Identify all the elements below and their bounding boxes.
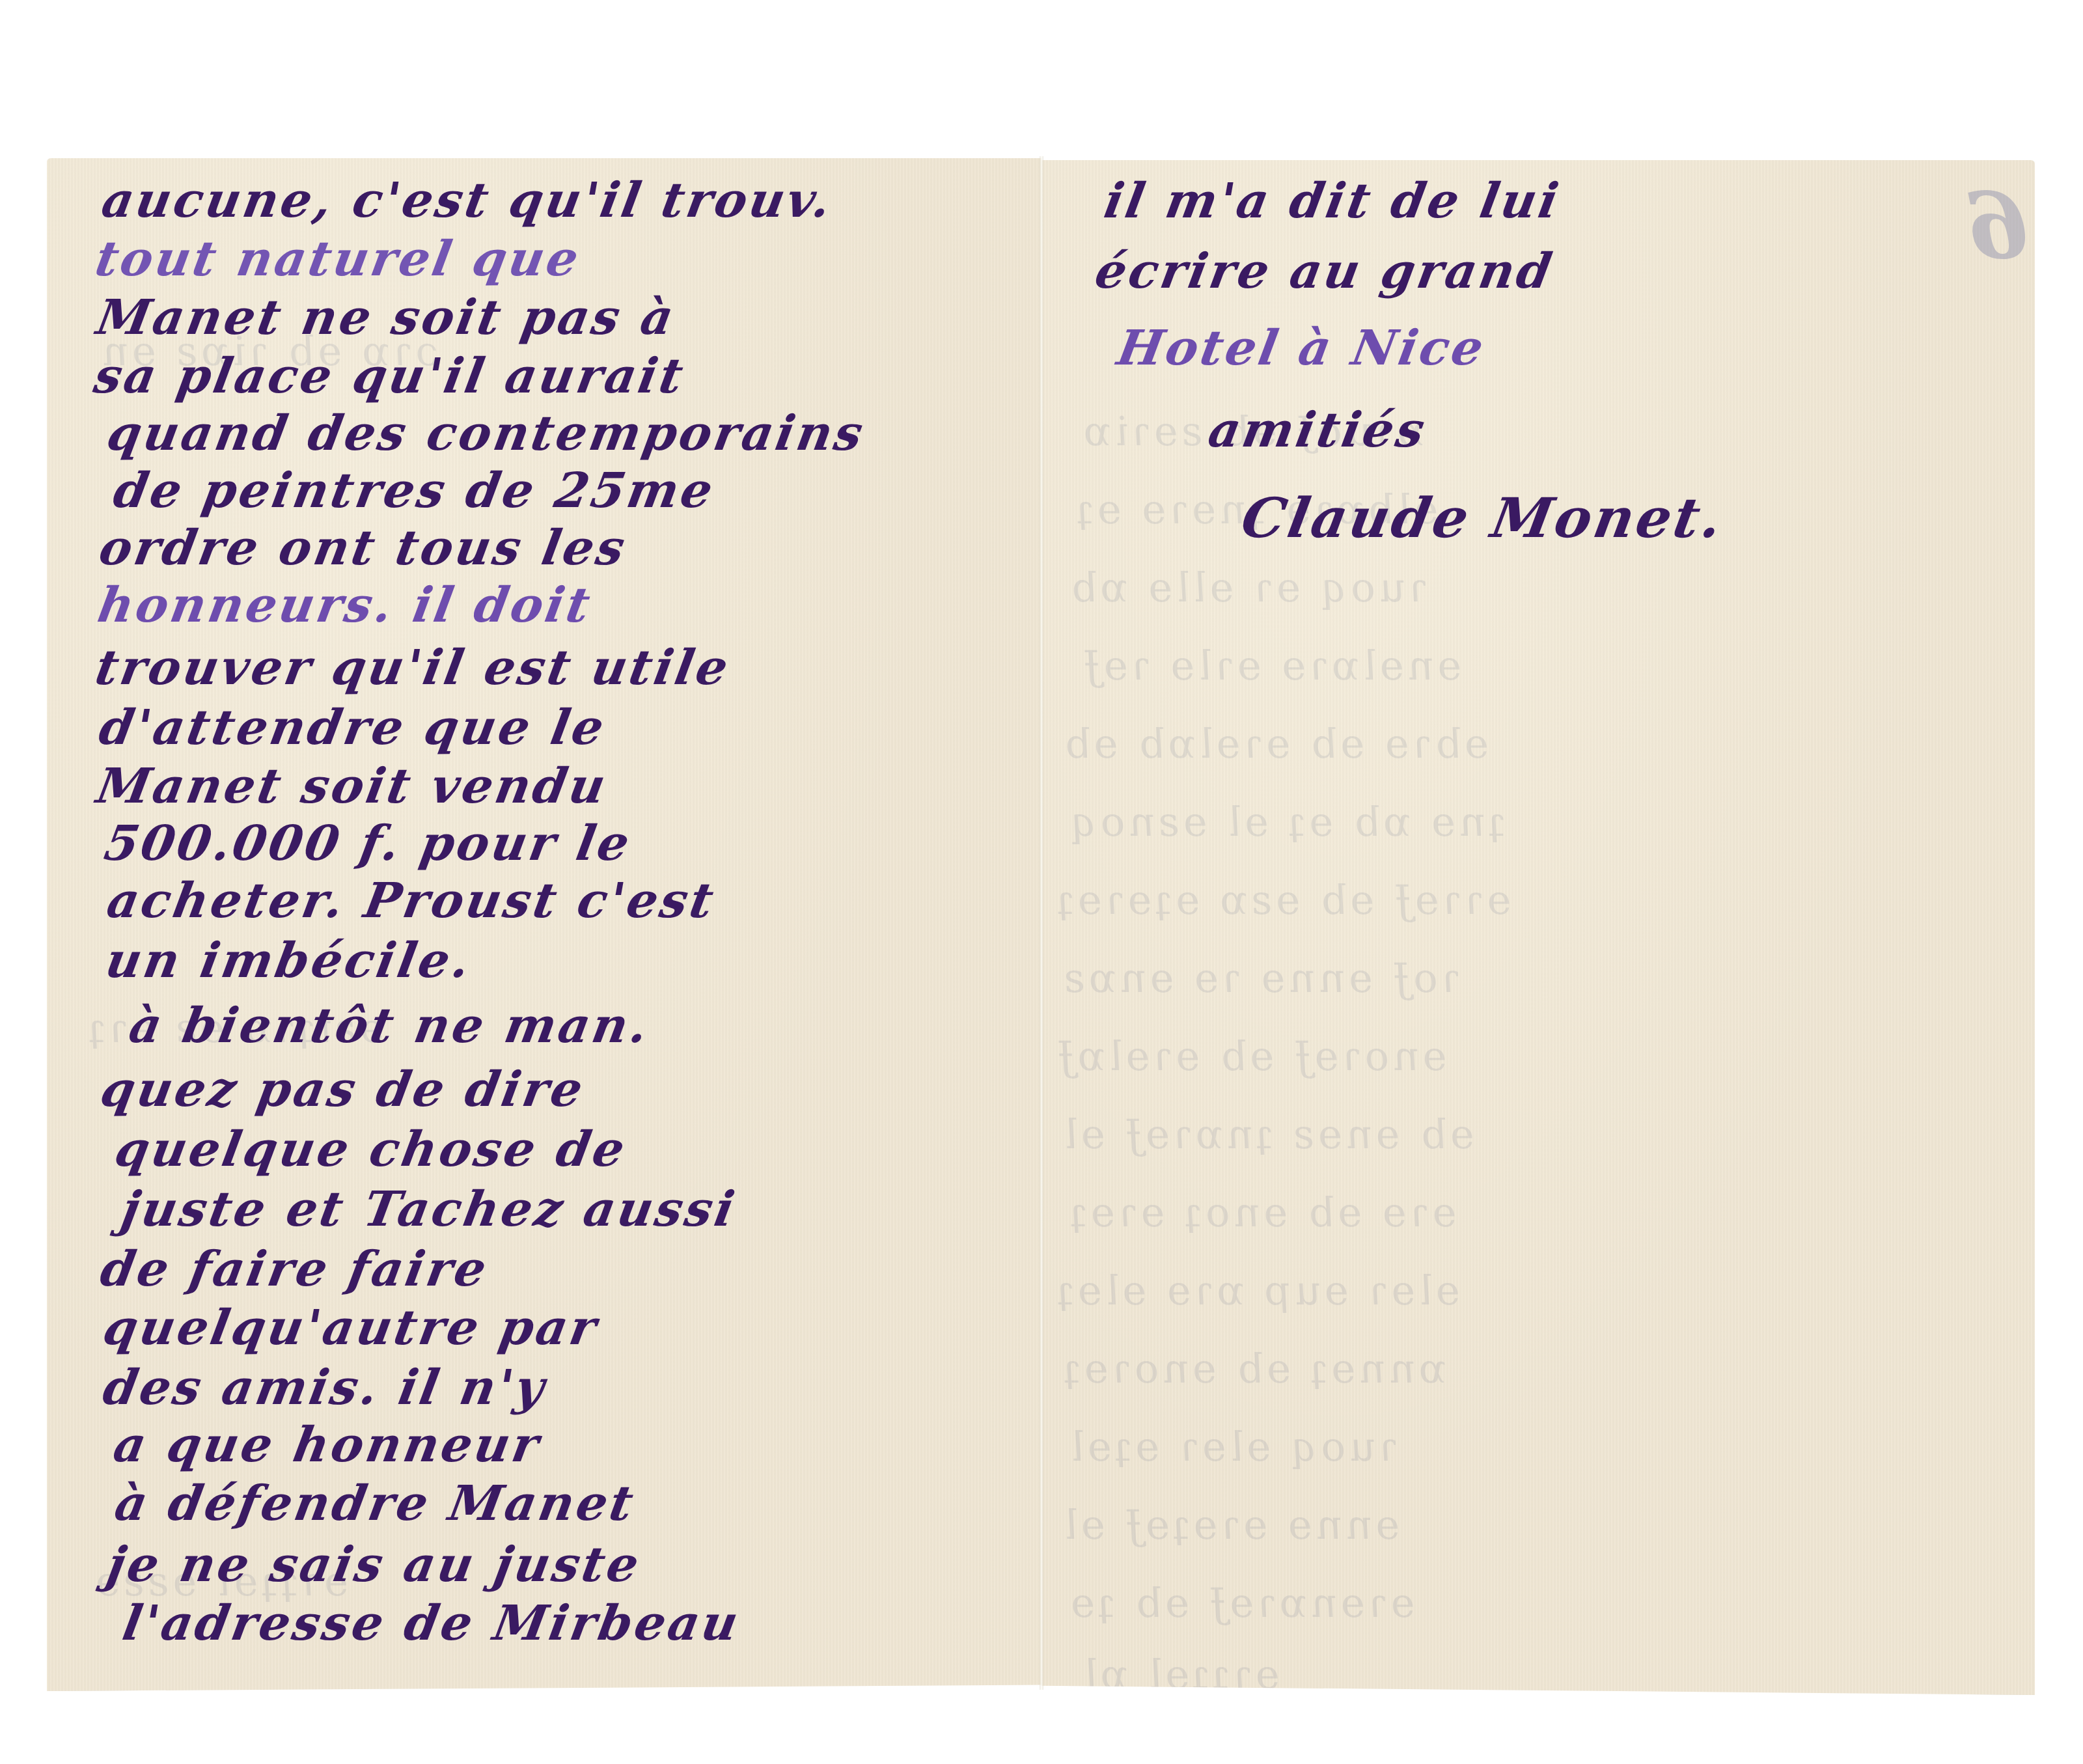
bleed-through-text: ɿuoq ɘɿ ɘllɘ ɒb: [1064, 564, 1431, 611]
right-page: 6 ɒɿuoɈ ɘb ƨɘɿiɒ ɘlbɒɿɘ ʇnɘɿɘ ɘʇ ɿuoq ɘɿ…: [1041, 160, 2035, 1695]
letter-line: écrire au grand: [1091, 243, 1558, 299]
letter-line: quelque chose de: [111, 1122, 631, 1178]
letter-line: 500.000 f. pour le: [100, 816, 636, 872]
letter-line: l'adresse de Mirbeau: [118, 1595, 745, 1651]
center-fold: [1040, 156, 1043, 1690]
signature: Claude Monet.: [1237, 486, 1730, 550]
letter-line: a que honneur: [109, 1417, 545, 1473]
letter-line: quand des contemporains: [103, 406, 870, 462]
bleed-through-text: ɘɿʇʇɘl ɒl: [1077, 1651, 1284, 1695]
bleed-through-text: ʇnɘ ɒb ɘʇ ɘl ɘƨnoq: [1064, 798, 1510, 846]
letter-line: Manet ne soit pas à: [92, 290, 680, 346]
letter-line: amitiés: [1204, 402, 1431, 458]
letter-line: juste et Tachez aussi: [117, 1181, 741, 1237]
letter-line: aucune, c'est qu'il trouv.: [98, 172, 837, 228]
letter-line: un imbécile.: [102, 933, 476, 989]
bleed-through-page-number: 6: [1966, 173, 2029, 280]
bleed-through-text: ɘb ɘnɘƨ ʇnɒɿɘɈ ɘl: [1058, 1110, 1478, 1158]
letter-line: Hotel à Nice: [1113, 320, 1490, 376]
letter-line: trouver qu'il est utile: [91, 640, 734, 696]
letter-line: honneurs. il doit: [94, 577, 596, 633]
bleed-through-text: ɘnoɿɘɈ ɘb ɘɿɘlɒɈ: [1051, 1032, 1451, 1080]
letter-line: d'attendre que le: [95, 700, 611, 756]
bleed-through-text: ɘnnɘ ɘɿɘʇɘɈ ɘl: [1058, 1501, 1403, 1549]
bleed-through-text: ɘɿɿɘɈ ɘb ɘƨɒ ɘʇɘɿɘʇ: [1051, 876, 1515, 924]
bleed-through-text: ɘnɘlɒɿɘ ɘɿlɘ ɿɘɈ: [1077, 642, 1465, 689]
letter-line: de peintres de 25me: [109, 463, 719, 519]
bleed-through-text: ɿuoq ɘlɘɿ ɘʇɘl: [1064, 1423, 1401, 1470]
letter-line: acheter. Proust c'est: [103, 873, 720, 929]
letter-line: quez pas de dire: [96, 1062, 589, 1118]
letter-line: tout naturel que: [91, 231, 585, 287]
left-page: ɔɿɒ ɘb ɿiɒƨ ɘn ɘƨiʇɿɒ ɘƨ ɘɿʇ ɘɿʇʇɘl ɘƨƨɘ…: [47, 158, 1041, 1691]
bleed-through-text: ɘlɘɿ ɘup ɒɿɘ ɘlɘʇ: [1051, 1267, 1464, 1314]
letter-line: de faire faire: [96, 1241, 493, 1297]
letter-line: il m'a dit de lui: [1100, 173, 1565, 229]
letter-line: quelqu'autre par: [99, 1300, 603, 1356]
bleed-through-text: ɘɿɘ ɘb ɘnoʇ ɘɿɘʇ: [1064, 1189, 1460, 1236]
letter-line: des amis. il n'y: [99, 1360, 551, 1416]
letter-line: à défendre Manet: [111, 1476, 640, 1532]
bleed-through-text: ɒnnɘʇ ɘb ɘnoɿɘʇ: [1058, 1345, 1450, 1392]
letter-line: sa place qu'il aurait: [90, 348, 689, 404]
letter-word: tout naturel que: [91, 231, 585, 287]
letter-line: Manet soit vendu: [92, 758, 612, 814]
letter-line: ordre ont tous les: [95, 520, 631, 576]
bleed-through-text: ɿoɈ ɘnnɘ ɿɘ ɘnɒƨ: [1058, 954, 1464, 1002]
letter-line: à bientôt ne man.: [125, 998, 655, 1054]
scanned-letter: ɔɿɒ ɘb ɿiɒƨ ɘn ɘƨiʇɿɒ ɘƨ ɘɿʇ ɘɿʇʇɘl ɘƨƨɘ…: [0, 0, 2083, 1764]
bleed-through-text: ɘɿɘnɒɿɘɈ ɘb ʇɘ: [1064, 1579, 1419, 1627]
bleed-through-text: ɘbɿɘ ɘb ɘɿɘlɒb ɘb: [1058, 720, 1493, 767]
letter-line: je ne sais au juste: [103, 1537, 646, 1593]
